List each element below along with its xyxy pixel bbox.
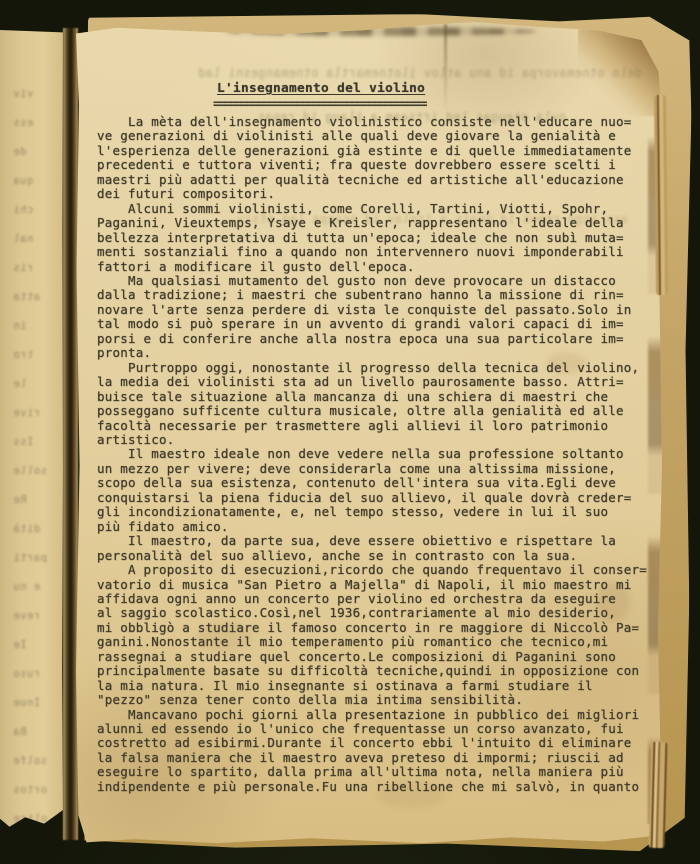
manuscript-page: delo otnemavorpa id anu atlov ilotnemart…: [76, 22, 662, 844]
paragraph: Purtroppo oggi, nonostante il progresso …: [97, 361, 659, 448]
bleedthrough-line: delo otnemavorpa id anu atlov ilotnemart…: [190, 66, 642, 80]
bleedthrough-fragment: Ba: [13, 718, 63, 747]
bleedthrough-fragment: Ie: [13, 631, 63, 660]
bleedthrough-fragment: atta: [13, 283, 63, 312]
bleedthrough-fragment: nal: [13, 225, 63, 254]
title-underline-rule: ========================================: [213, 96, 427, 111]
bleedthrough-fragment: solfe: [13, 747, 63, 776]
bleedthrough-fragment: Re: [13, 486, 63, 515]
bleedthrough-fragment: ortos: [13, 776, 63, 805]
bleedthrough-fragment: ris: [13, 254, 63, 283]
bleedthrough-fragment: Inue: [13, 689, 63, 718]
bleedthrough-fragment: reve: [13, 602, 63, 631]
page-stack-edges-top-right: [654, 95, 668, 295]
facing-page-sliver: vivessdequachinalrisattaintroleriveIssso…: [0, 30, 63, 830]
bleedthrough-fragment: ruso: [13, 660, 63, 689]
photographed-manuscript-scene: vivessdequachinalrisattaintroleriveIssso…: [0, 0, 700, 864]
bleedthrough-fragment: de: [13, 138, 63, 167]
paragraph: Alcuni sommi violinisti, come Corelli, T…: [97, 202, 659, 274]
bleedthrough-fragment: qua: [13, 167, 63, 196]
bleedthrough-fragment: e nu: [13, 573, 63, 602]
paragraph: A proposito di esecuzioni,ricordo che qu…: [97, 563, 659, 708]
bleedthrough-fragment: tro: [13, 341, 63, 370]
bleedthrough-fragment: Iss: [13, 428, 63, 457]
paragraph: La mèta dell'insegnamento violinistico c…: [97, 115, 659, 202]
bleedthrough-margin-fragments: vivessdequachinalrisattaintroleriveIssso…: [0, 30, 63, 834]
typewritten-body: La mèta dell'insegnamento violinistico c…: [97, 115, 659, 794]
paragraph: Ma qualsiasi mutamento del gusto non dev…: [97, 274, 659, 361]
bleedthrough-fragment: le: [13, 370, 63, 399]
page-stack-edges-bottom-right: [649, 742, 668, 848]
paragraph: Mancavano pochi giorni alla presentazion…: [97, 708, 659, 795]
paragraph: Il maestro ideale non deve vedere nella …: [97, 447, 659, 534]
bleedthrough-fragment: in: [13, 312, 63, 341]
bleedthrough-fragment: viv: [13, 80, 63, 109]
bleedthrough-fragment: oltre: [13, 805, 63, 834]
paragraph: Il maestro, da parte sua, deve essere ob…: [97, 534, 659, 563]
binding-gutter-shadow: [63, 28, 78, 840]
bleedthrough-fragment: dità: [13, 515, 63, 544]
bleedthrough-fragment: chi: [13, 196, 63, 225]
bleedthrough-fragment: ess: [13, 109, 63, 138]
bleedthrough-fragment: rive: [13, 399, 63, 428]
page-title: L'insegnamento del violino: [217, 81, 425, 96]
bleedthrough-fragment: solle: [13, 457, 63, 486]
bleedthrough-fragment: parti: [13, 544, 63, 573]
